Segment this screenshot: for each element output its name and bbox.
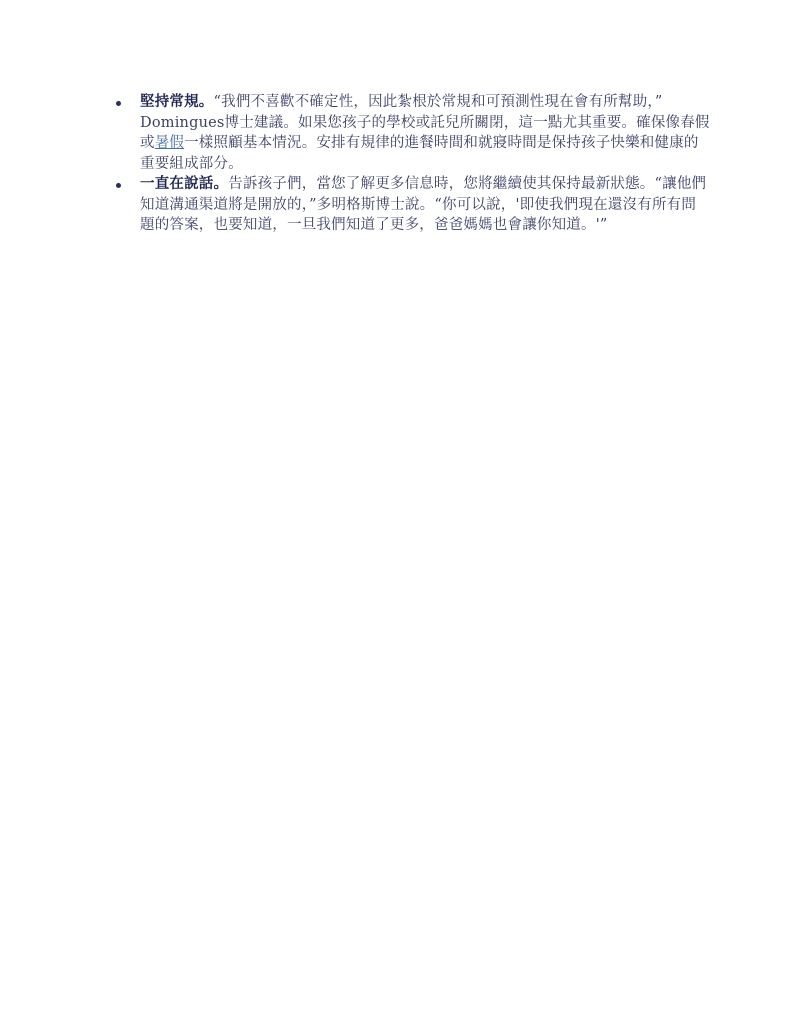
list-item: 一直在說話。告訴孩子們，當您了解更多信息時，您將繼續使其保持最新狀態。“讓他們知… bbox=[110, 174, 710, 236]
summer-vacation-link[interactable]: 暑假 bbox=[155, 135, 184, 151]
document-page: 堅持常規。“我們不喜歡不確定性，因此紮根於常規和可預測性現在會有所幫助，” Do… bbox=[0, 0, 791, 1024]
item-lead: 堅持常規。 bbox=[140, 93, 214, 110]
item-text-continued: 一樣照顧基本情況。安排有規律的進餐時間和就寢時間是保持孩子快樂和健康的重要組成部… bbox=[140, 135, 699, 172]
bullet-list: 堅持常規。“我們不喜歡不確定性，因此紮根於常規和可預測性現在會有所幫助，” Do… bbox=[110, 92, 710, 236]
list-item: 堅持常規。“我們不喜歡不確定性，因此紮根於常規和可預測性現在會有所幫助，” Do… bbox=[110, 92, 710, 174]
bullet-icon bbox=[116, 101, 121, 106]
item-lead: 一直在說話。 bbox=[140, 175, 228, 192]
bullet-icon bbox=[116, 183, 121, 188]
